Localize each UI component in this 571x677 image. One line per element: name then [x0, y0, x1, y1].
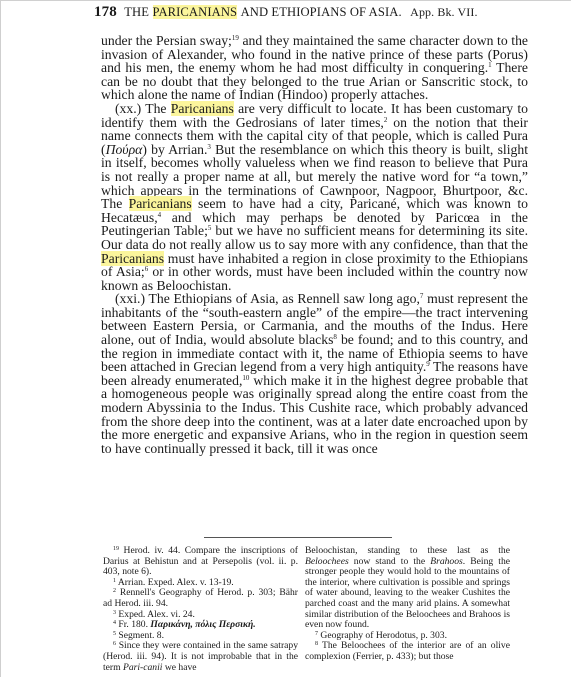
text-run: or in other words, must have been includ… [101, 264, 528, 293]
running-header: 178 THE PARICANIANS AND ETHIOPIANS OF AS… [94, 3, 457, 21]
footnote: 19 Herod. iv. 44. Compare the inscriptio… [103, 546, 298, 578]
document-page: 178 THE PARICANIANS AND ETHIOPIANS OF AS… [0, 0, 571, 677]
footnote-number: 3 [113, 610, 116, 616]
footnote-text: The Beloochees of the interior are of an… [305, 640, 510, 662]
footnote-number: 8 [315, 641, 318, 647]
search-highlight: PARICANIANS [153, 5, 238, 19]
footnote-number: 6 [113, 641, 116, 647]
header-appendix-ref: App. Bk. VII. [410, 5, 477, 19]
footnotes-right-column: Beloochistan, standing to these last as … [305, 546, 510, 663]
footnote-number: 2 [113, 588, 116, 594]
italic-term: Brahoos [430, 556, 463, 567]
footnote-text: . Being the stronger people they would h… [305, 556, 510, 631]
footnote-text: Arrian. Exped. Alex. v. 13-19. [118, 577, 234, 588]
viewer-top-border [0, 0, 571, 1]
page-number: 178 [94, 4, 117, 20]
footnote: 6 Since they were contained in the same … [103, 641, 298, 673]
footnote: 8 The Beloochees of the interior are of … [305, 641, 510, 662]
paragraph-xxi: (xxi.) The Ethiopians of Asia, as Rennel… [101, 292, 528, 455]
footnote-number: 7 [315, 631, 318, 637]
footnote-number: 4 [113, 620, 116, 626]
italic-term: Beloochees [305, 556, 349, 567]
italic-term: Pari-canii [123, 662, 162, 673]
paragraph-1: under the Persian sway;19 and they maint… [101, 34, 528, 102]
footnote-text: Herod. iv. 44. Compare the inscriptions … [103, 545, 298, 577]
footnote-text: now stand to the [349, 556, 431, 567]
footnote: 2 Rennell's Geography of Herod. p. 303; … [103, 588, 298, 609]
header-title-pre: THE [124, 5, 149, 19]
footnote-text: Geography of Herodotus, p. 303. [320, 630, 447, 641]
footnote-number: 5 [113, 631, 116, 637]
footnote-text: Beloochistan, standing to these last as … [305, 545, 510, 556]
paragraph-xx: (xx.) The Paricanians are very difficult… [101, 102, 528, 292]
footnote-text: Fr. 180. [118, 619, 150, 630]
footnote-ref: 19 [232, 34, 239, 42]
greek-quote: Παρικάνη, πόλις Περσική. [150, 619, 255, 630]
footnotes-left-column: 19 Herod. iv. 44. Compare the inscriptio… [103, 546, 298, 673]
footnote-text: Rennell's Geography of Herod. p. 303; Bä… [103, 587, 298, 609]
header-title-post: AND ETHIOPIANS OF ASIA. [241, 5, 402, 19]
body-text: under the Persian sway;19 and they maint… [101, 34, 528, 455]
footnote-number: 19 [113, 546, 119, 552]
footnote-continuation: Beloochistan, standing to these last as … [305, 546, 510, 631]
footnote-text: Segment. 8. [118, 630, 164, 641]
viewer-left-border [0, 0, 1, 677]
footnote-text: Exped. Alex. vi. 24. [118, 609, 194, 620]
footnote-divider [204, 537, 392, 538]
footnote-text: we have [162, 662, 196, 673]
footnote-number: 1 [113, 578, 116, 584]
